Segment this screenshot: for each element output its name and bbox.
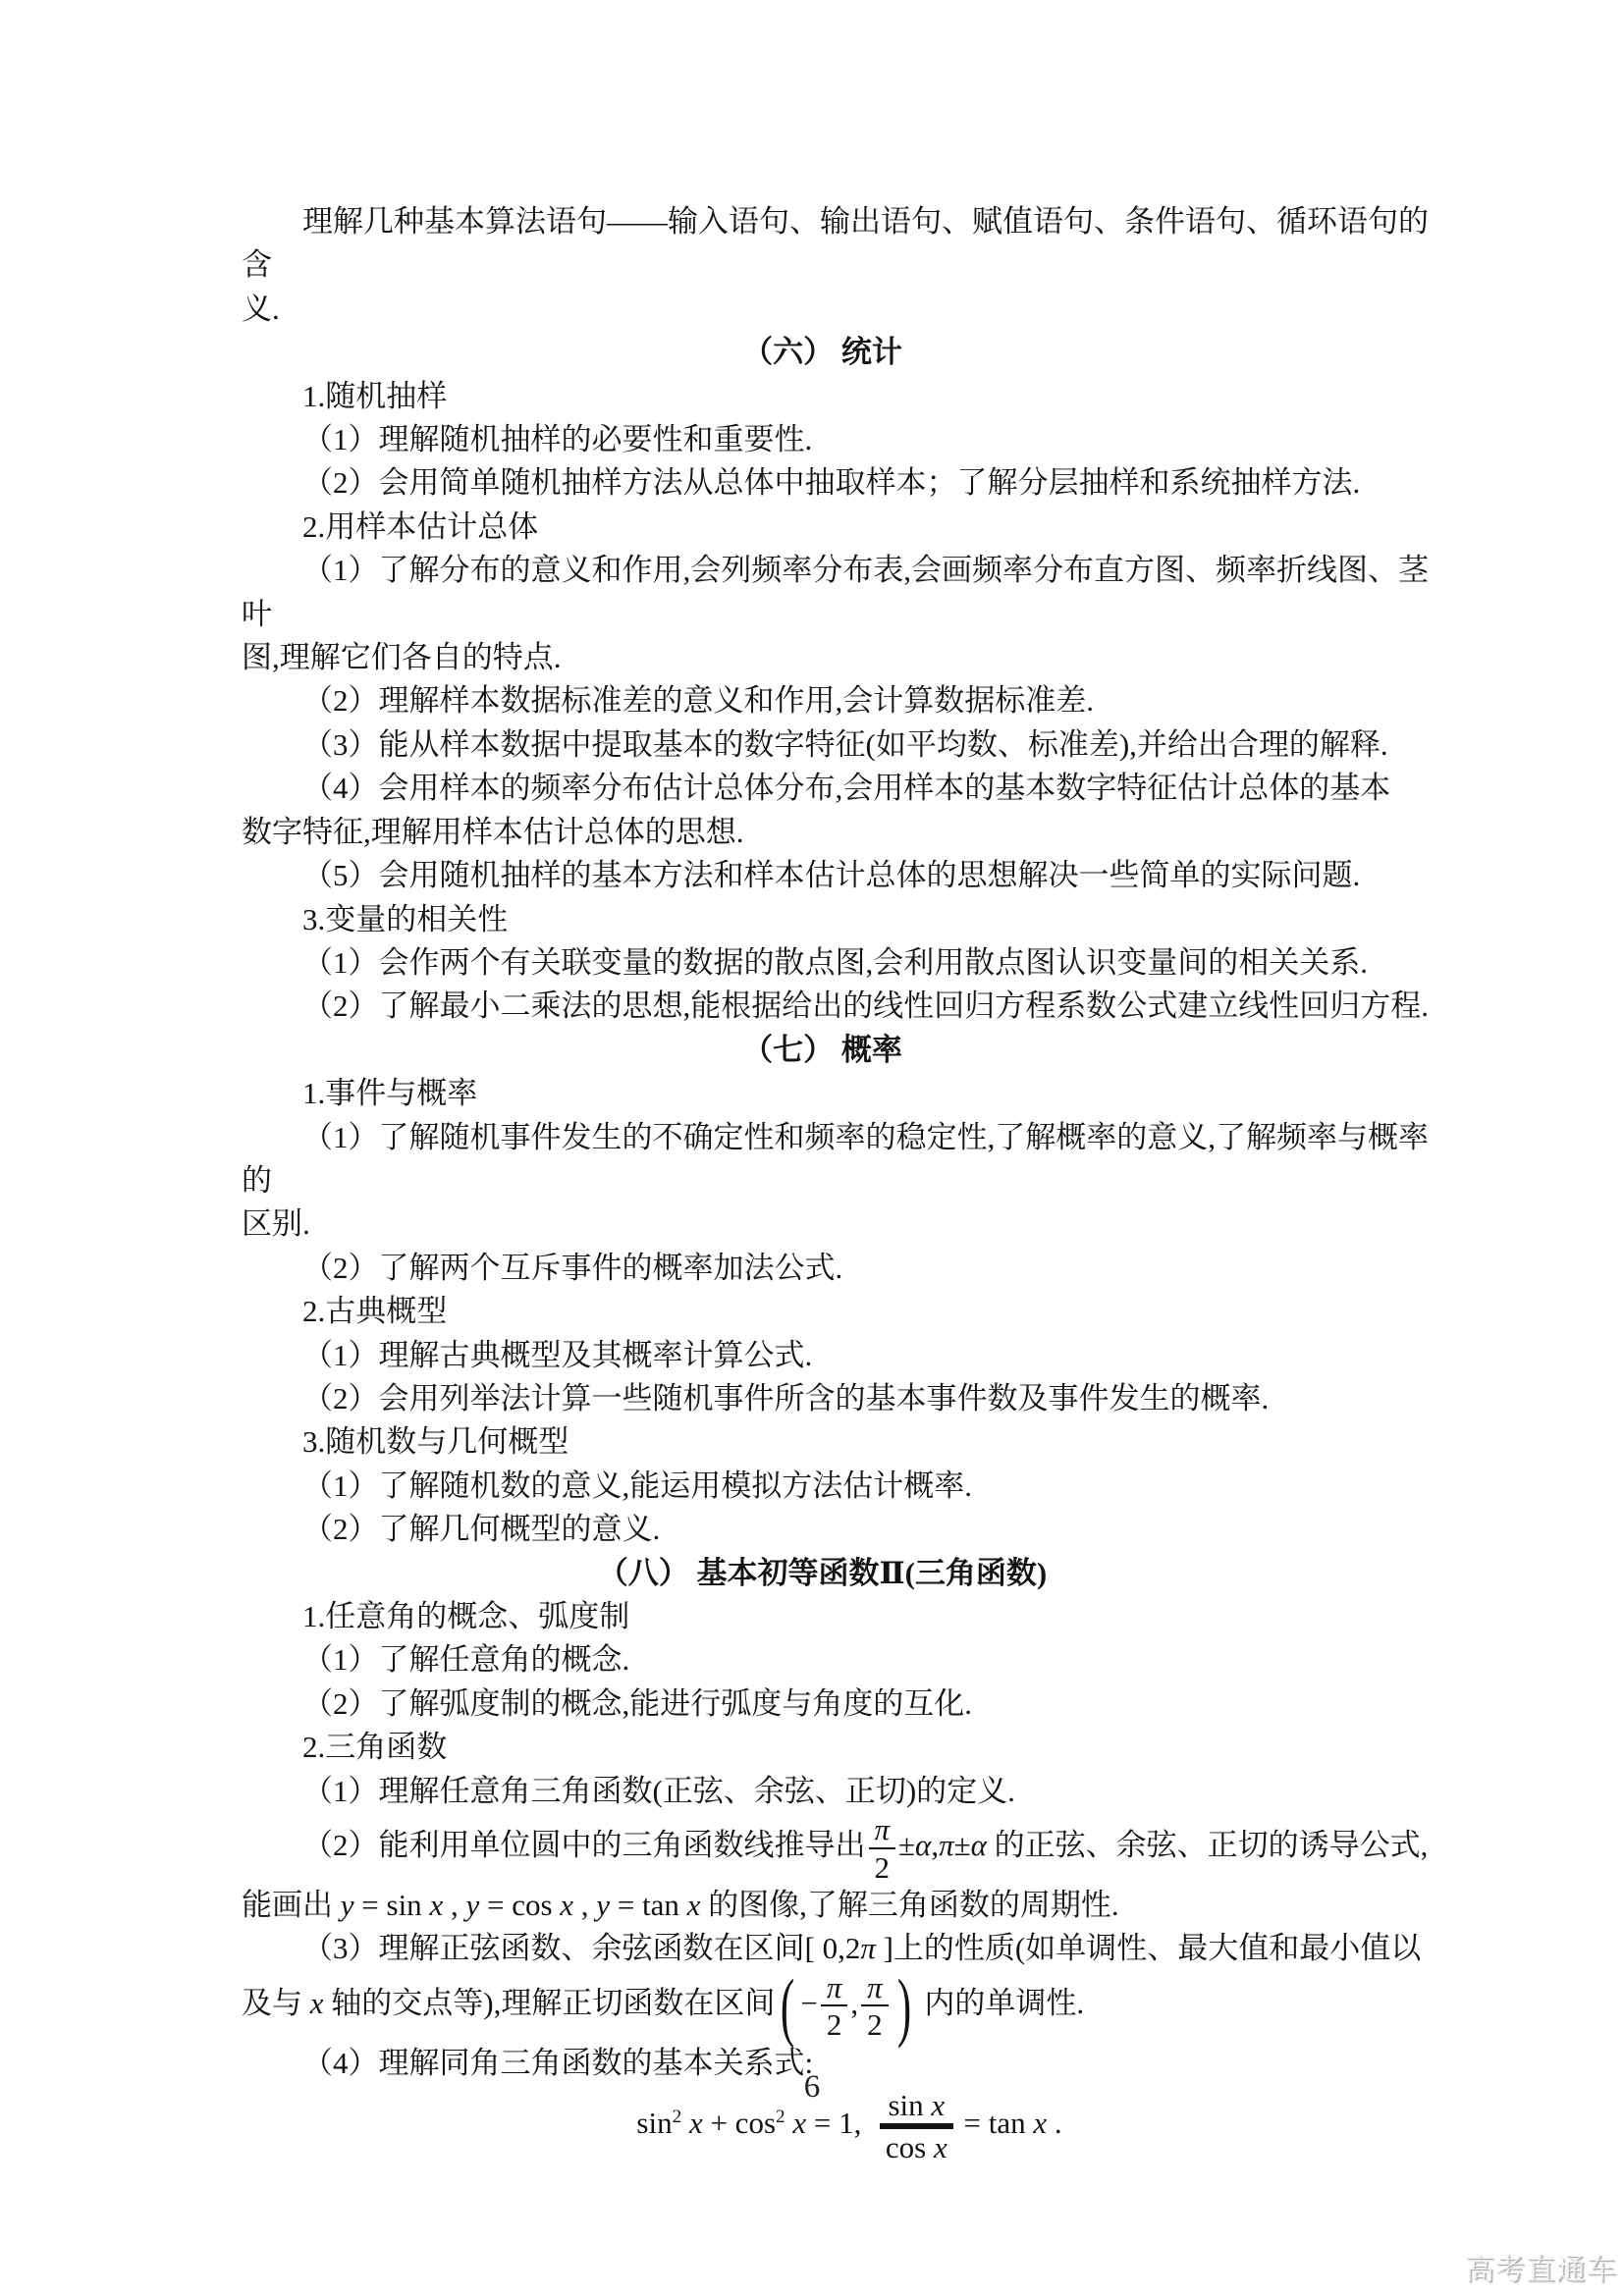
- math-variable: x: [560, 1888, 573, 1922]
- section-heading: （六） 统计: [242, 331, 1457, 374]
- paragraph-line: （2）了解两个互斥事件的概率加法公式.: [242, 1247, 1457, 1290]
- document-page: 理解几种基本算法语句——输入语句、输出语句、赋值语句、条件语句、循环语句的含义.…: [0, 0, 1624, 2296]
- math-variable: y: [465, 1888, 479, 1922]
- paragraph-continuation-line: 图,理解它们各自的特点.: [242, 636, 1457, 679]
- math-variable: x: [792, 2106, 806, 2140]
- section-heading: （八） 基本初等函数Ⅱ(三角函数): [242, 1552, 1457, 1595]
- math-superscript: 2: [776, 2107, 785, 2127]
- math-variable: α: [915, 1828, 931, 1862]
- paragraph-line: （1）了解随机事件发生的不确定性和频率的稳定性,了解概率的意义,了解频率与概率的: [242, 1116, 1457, 1203]
- math-variable: x: [429, 1888, 443, 1922]
- paren-content: −π2,π2: [800, 1971, 891, 2042]
- paragraph-continuation-line: 能画出 y = sin x , y = cos x , y = tan x 的图…: [242, 1884, 1457, 1927]
- paragraph-line: （1）理解古典概型及其概率计算公式.: [242, 1334, 1457, 1377]
- paragraph-line: （3）理解正弦函数、余弦函数在区间[ 0,2π ]上的性质(如单调性、最大值和最…: [242, 1927, 1457, 1970]
- paragraph-line: （1）了解分布的意义和作用,会列频率分布表,会画频率分布直方图、频率折线图、茎叶: [242, 549, 1457, 636]
- math-variable: π: [939, 1828, 954, 1862]
- section-heading: （七） 概率: [242, 1029, 1457, 1072]
- paragraph-line: 理解几种基本算法语句——输入语句、输出语句、赋值语句、条件语句、循环语句的含: [242, 200, 1457, 288]
- paragraph-continuation-line: 数字特征,理解用样本估计总体的思想.: [242, 811, 1457, 854]
- paragraph-line: 1.随机抽样: [242, 375, 1457, 418]
- document-body: 理解几种基本算法语句——输入语句、输出语句、赋值语句、条件语句、循环语句的含义.…: [242, 200, 1457, 2163]
- math-variable: α: [971, 1828, 987, 1862]
- left-paren: (: [781, 1976, 794, 2037]
- right-paren: ): [896, 1976, 910, 2037]
- paragraph-line: （1）了解随机数的意义,能运用模拟方法估计概率.: [242, 1465, 1457, 1508]
- paragraph-line: （2）会用简单随机抽样方法从总体中抽取样本；了解分层抽样和系统抽样方法.: [242, 461, 1457, 505]
- paragraph-line: （1）理解随机抽样的必要性和重要性.: [242, 418, 1457, 461]
- math-superscript: 2: [673, 2107, 682, 2127]
- paragraph-line: 2.用样本估计总体: [242, 506, 1457, 549]
- paragraph-line: （2）会用列举法计算一些随机事件所含的基本事件数及事件发生的概率.: [242, 1377, 1457, 1420]
- paragraph-continuation-line: 区别.: [242, 1202, 1457, 1246]
- math-fraction: π2: [818, 1971, 851, 2042]
- paragraph-line: 3.随机数与几何概型: [242, 1420, 1457, 1464]
- math-variable: x: [310, 1986, 324, 2020]
- math-variable: π: [827, 1970, 842, 2004]
- watermark: 高考直通车: [1465, 2245, 1617, 2288]
- big-paren-group: (−π2,π2): [775, 1971, 916, 2042]
- paragraph-continuation-line: 及与 x 轴的交点等),理解正切函数在区间(−π2,π2) 内的单调性.: [242, 1971, 1457, 2042]
- math-fraction: π2: [858, 1971, 892, 2042]
- math-variable: π: [860, 1931, 876, 1965]
- math-variable: y: [596, 1888, 610, 1922]
- paragraph-line: （1）了解任意角的概念.: [242, 1638, 1457, 1682]
- paragraph-line: 2.古典概型: [242, 1290, 1457, 1333]
- paragraph-continuation-line: 义.: [242, 288, 1457, 331]
- paragraph-line: （3）能从样本数据中提取基本的数字特征(如平均数、标准差),并给出合理的解释.: [242, 723, 1457, 767]
- math-variable: x: [689, 2106, 703, 2140]
- math-variable: x: [934, 2130, 947, 2164]
- math-variable: π: [875, 1812, 891, 1846]
- math-variable: π: [867, 1970, 883, 2004]
- paragraph-line: （2）能利用单位圆中的三角函数线推导出π2±α,π±α 的正弦、余弦、正切的诱导…: [242, 1813, 1457, 1884]
- page-number: 6: [0, 2069, 1624, 2106]
- paragraph-line: 3.变量的相关性: [242, 898, 1457, 941]
- paragraph-line: （1）会作两个有关联变量的数据的散点图,会利用散点图认识变量间的相关关系.: [242, 941, 1457, 985]
- paragraph-line: （1）理解任意角三角函数(正弦、余弦、正切)的定义.: [242, 1770, 1457, 1813]
- paragraph-line: 1.事件与概率: [242, 1072, 1457, 1115]
- paragraph-line: （2）了解几何概型的意义.: [242, 1508, 1457, 1551]
- paragraph-line: （2）了解最小二乘法的思想,能根据给出的线性回归方程系数公式建立线性回归方程.: [242, 985, 1457, 1028]
- paragraph-line: 2.三角函数: [242, 1726, 1457, 1769]
- paragraph-line: （2）了解弧度制的概念,能进行弧度与角度的互化.: [242, 1682, 1457, 1726]
- paragraph-line: 1.任意角的概念、弧度制: [242, 1595, 1457, 1638]
- math-variable: x: [1033, 2106, 1047, 2140]
- math-variable: x: [687, 1888, 701, 1922]
- paragraph-line: （5）会用随机抽样的基本方法和样本估计总体的思想解决一些简单的实际问题.: [242, 854, 1457, 897]
- math-variable: y: [341, 1888, 354, 1922]
- paragraph-line: （4）会用样本的频率分布估计总体分布,会用样本的基本数字特征估计总体的基本: [242, 767, 1457, 810]
- paragraph-line: （2）理解样本数据标准差的意义和作用,会计算数据标准差.: [242, 679, 1457, 722]
- math-fraction: π2: [866, 1813, 899, 1884]
